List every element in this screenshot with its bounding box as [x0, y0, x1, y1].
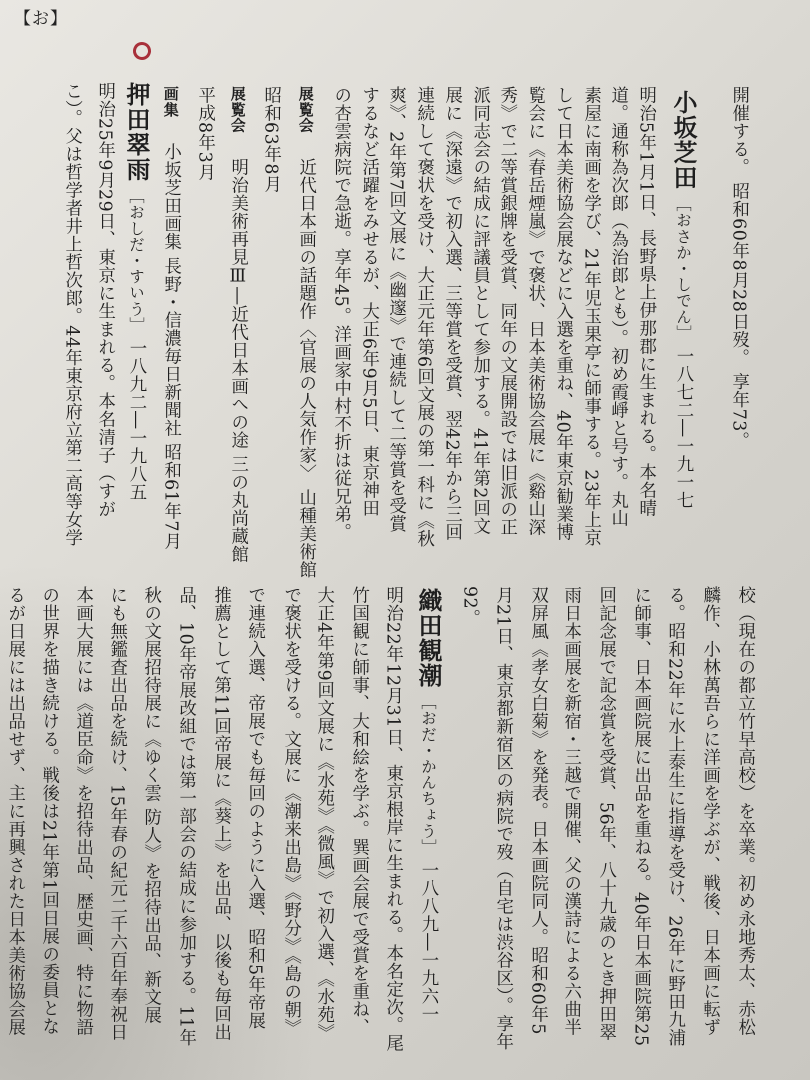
- reference-label: 展覧会: [230, 86, 245, 148]
- text-column: にも無鑑査出品を続け、15年春の紀元二千六百年奉祝日: [107, 586, 124, 1041]
- column-text: 昭和63年8月: [261, 86, 281, 193]
- reference-line: 展覧会 近代日本画の話題作〈官展の人気作家〉 山種美術館: [296, 86, 313, 579]
- artist-lifespan: 一八九二―一九八五: [126, 333, 146, 501]
- text-column: 品、10年帝展改組では第一部会の結成に参加する。11年: [176, 586, 193, 1047]
- column-text: 覧会に《春岳煙嵐》で褒状、日本美術協会展に《谿山深: [525, 86, 545, 536]
- text-column: 大正4年第9回文展に《水苑》《微風》で初入選、《水苑》: [314, 586, 331, 1042]
- text-column: 昭和63年8月: [261, 86, 278, 193]
- text-column: 覧会に《春岳煙嵐》で褒状、日本美術協会展に《谿山深: [525, 86, 542, 536]
- column-text: して日本美術協会展などに入選を重ね、40年東京勧業博: [553, 86, 573, 541]
- text-column: 双屏風《孝女白菊》を発表。日本画院同人。昭和60年5: [528, 586, 545, 1035]
- column-text: 小坂芝田画集 長野・信濃毎日新聞社 昭和61年7月: [161, 143, 181, 550]
- reference-line: 画集 小坂芝田画集 長野・信濃毎日新聞社 昭和61年7月: [161, 86, 178, 550]
- column-text: 麟作、小林萬吾らに洋画を学ぶが、戦後、日本画に転ず: [700, 586, 720, 1036]
- artist-reading: ［おだ・かんちょう］: [419, 694, 437, 855]
- column-text: するなど活躍をみせるが、大正6年9月5日、東京神田: [359, 86, 379, 517]
- text-column: 推薦として第11回帝展に《葵上》を出品、以後も毎回出: [211, 586, 228, 1041]
- text-column: 爽》、2年第7回文展に《幽邃》で連続して二等賞を受賞: [386, 86, 403, 533]
- text-column: る。昭和22年に水上泰生に指導を受け、26年に野田九浦: [665, 586, 682, 1047]
- text-column: で褒状を受ける。文展に《潮来出島》《野分》《島の朝》: [281, 586, 298, 1037]
- column-text: 品、10年帝展改組では第一部会の結成に参加する。11年: [176, 586, 196, 1047]
- text-column: 秋の文展招待展に《ゆく雲 防人》を招待出品、新文展: [141, 586, 158, 1024]
- column-text: 道。通称為次郎（為治郎とも）。初め霞崢と号す。丸山: [608, 86, 628, 527]
- text-column: 回記念展で記念賞を受賞、56年、八十九歳のとき押田翠: [596, 586, 613, 1041]
- column-text: 校（現在の都立竹早高校）を卒業。初め永地秀太、赤松: [735, 586, 755, 1036]
- column-text: 展に《深遠》で初入選、三等賞を受賞、翌42年から三回: [442, 86, 462, 541]
- column-text: 雨日本画展を新宿・三越で開催、父の漢詩による六曲半: [561, 586, 581, 1036]
- reference-line: 展覧会 明治美術再見Ⅲ―近代日本画への途 三の丸尚蔵館: [228, 86, 245, 563]
- text-column: 雨日本画展を新宿・三越で開催、父の漢詩による六曲半: [561, 586, 578, 1036]
- column-text: の杏雲病院で急逝。享年45。洋画家中村不折は従兄弟。: [331, 86, 351, 541]
- column-text: るが日展には出品せず、主に再興された日本美術協会展: [5, 586, 25, 1036]
- artist-reading: ［おしだ・すいう］: [127, 188, 145, 333]
- text-column: こ）。父は哲学者井上哲次郎。44年東京府立第二高等女学: [62, 82, 79, 547]
- text-column: 連続して褒状を受け、大正元年第6回文展の第一科に《秋: [414, 86, 431, 548]
- column-text: に師事、日本画院展に出品を重ねる。40年日本画院第25: [631, 586, 651, 1047]
- reference-label: 画集: [163, 86, 178, 133]
- column-text: 回記念展で記念賞を受賞、56年、八十九歳のとき押田翠: [596, 586, 616, 1041]
- text-column: するなど活躍をみせるが、大正6年9月5日、東京神田: [359, 86, 376, 517]
- text-column: 竹国観に師事、大和絵を学ぶ。巽画会展で受賞を重ね、: [349, 586, 366, 1036]
- column-text: 派同志会の結成に評議員として参加する。41年第2回文: [470, 86, 490, 535]
- text-column: 開催する。 昭和60年8月28日歿。 享年73。: [729, 86, 746, 450]
- artist-lifespan: 一八八九―一九六一: [418, 855, 438, 1023]
- column-text: 秀》で二等賞銀牌を受賞、同年の文展開設では旧派の正: [497, 86, 517, 536]
- column-text: 素屋に南画を学び、21年児玉果亭に師事する。23年上京: [581, 86, 601, 547]
- column-text: 推薦として第11回帝展に《葵上》を出品、以後も毎回出: [211, 586, 231, 1041]
- column-text: 竹国観に師事、大和絵を学ぶ。巽画会展で受賞を重ね、: [349, 586, 369, 1036]
- column-text: 月21日、東京都新宿区の病院で歿（自宅は渋谷区）。享年: [493, 586, 513, 1051]
- text-column: 明治22年12月31日、東京根岸に生まれる。本名定次。尾: [383, 586, 400, 1052]
- text-column: に師事、日本画院展に出品を重ねる。40年日本画院第25: [631, 586, 648, 1047]
- reference-label: 展覧会: [298, 86, 313, 148]
- column-text: こ）。父は哲学者井上哲次郎。44年東京府立第二高等女学: [62, 82, 82, 547]
- artist-reading: ［おさか・しでん］: [674, 196, 692, 341]
- text-column: 校（現在の都立竹早高校）を卒業。初め永地秀太、赤松: [735, 586, 752, 1036]
- column-text: 近代日本画の話題作〈官展の人気作家〉 山種美術館: [296, 158, 316, 578]
- text-column: 麟作、小林萬吾らに洋画を学ぶが、戦後、日本画に転ず: [700, 586, 717, 1036]
- section-tag: 【お】: [14, 4, 68, 29]
- text-column: 明治25年9月29日、東京に生まれる。本名清子（すが: [95, 82, 112, 518]
- text-column: で連続入選、帝展でも毎回のように入選、昭和5年帝展: [245, 586, 262, 1030]
- text-column: 92。: [460, 586, 477, 627]
- entry-heading-column: 小坂芝田［おさか・しでん］ 一八七二―一九一七: [671, 90, 695, 509]
- artist-name: 小坂芝田: [669, 90, 697, 190]
- column-text: で連続入選、帝展でも毎回のように入選、昭和5年帝展: [245, 586, 265, 1030]
- text-column: 展に《深遠》で初入選、三等賞を受賞、翌42年から三回: [442, 86, 459, 541]
- column-text: で褒状を受ける。文展に《潮来出島》《野分》《島の朝》: [281, 586, 301, 1037]
- text-column: 派同志会の結成に評議員として参加する。41年第2回文: [470, 86, 487, 535]
- artist-lifespan: 一八七二―一九一七: [673, 341, 693, 509]
- column-text: る。昭和22年に水上泰生に指導を受け、26年に野田九浦: [665, 586, 685, 1047]
- column-text: にも無鑑査出品を続け、15年春の紀元二千六百年奉祝日: [107, 586, 127, 1041]
- column-text: 連続して褒状を受け、大正元年第6回文展の第一科に《秋: [414, 86, 434, 548]
- column-text: 双屏風《孝女白菊》を発表。日本画院同人。昭和60年5: [528, 586, 548, 1035]
- column-text: 平成8年3月: [195, 86, 215, 181]
- text-column: して日本美術協会展などに入選を重ね、40年東京勧業博: [553, 86, 570, 541]
- text-column: 道。通称為次郎（為治郎とも）。初め霞崢と号す。丸山: [608, 86, 625, 527]
- column-text: 開催する。 昭和60年8月28日歿。 享年73。: [729, 86, 749, 450]
- column-text: 明治5年1月1日、長野県上伊那郡に生まれる。本名晴: [636, 86, 656, 517]
- text-column: 明治5年1月1日、長野県上伊那郡に生まれる。本名晴: [636, 86, 653, 517]
- artist-name: 押田翠雨: [122, 82, 150, 182]
- text-column: るが日展には出品せず、主に再興された日本美術協会展: [5, 586, 22, 1036]
- column-text: の世界を描き続ける。戦後は21年第1回日展の委員とな: [39, 586, 59, 1035]
- text-column: 平成8年3月: [195, 86, 212, 181]
- column-text: 爽》、2年第7回文展に《幽邃》で連続して二等賞を受賞: [386, 86, 406, 533]
- entry-heading-column: 押田翠雨［おしだ・すいう］ 一八九二―一九八五: [124, 82, 148, 501]
- column-text: 本画大展には《道臣命》を招待出品、歴史画、特に物語: [73, 586, 93, 1036]
- text-column: 本画大展には《道臣命》を招待出品、歴史画、特に物語: [73, 586, 90, 1036]
- column-text: 明治25年9月29日、東京に生まれる。本名清子（すが: [95, 82, 115, 518]
- column-text: 秋の文展招待展に《ゆく雲 防人》を招待出品、新文展: [141, 586, 161, 1024]
- artist-name: 織田観潮: [414, 588, 442, 688]
- column-text: 明治22年12月31日、東京根岸に生まれる。本名定次。尾: [383, 586, 403, 1052]
- text-column: の世界を描き続ける。戦後は21年第1回日展の委員とな: [39, 586, 56, 1035]
- column-text: 明治美術再見Ⅲ―近代日本画への途 三の丸尚蔵館: [228, 158, 248, 563]
- entry-heading-column: 織田観潮［おだ・かんちょう］ 一八八九―一九六一: [416, 588, 440, 1023]
- text-column: 素屋に南画を学び、21年児玉果亭に師事する。23年上京: [581, 86, 598, 547]
- red-circle-mark-icon: [130, 39, 153, 62]
- text-column: 月21日、東京都新宿区の病院で歿（自宅は渋谷区）。享年: [493, 586, 510, 1051]
- column-text: 大正4年第9回文展に《水苑》《微風》で初入選、《水苑》: [314, 586, 334, 1042]
- text-column: の杏雲病院で急逝。享年45。洋画家中村不折は従兄弟。: [331, 86, 348, 541]
- text-column: 秀》で二等賞銀牌を受賞、同年の文展開設では旧派の正: [497, 86, 514, 536]
- column-text: 92。: [460, 586, 480, 627]
